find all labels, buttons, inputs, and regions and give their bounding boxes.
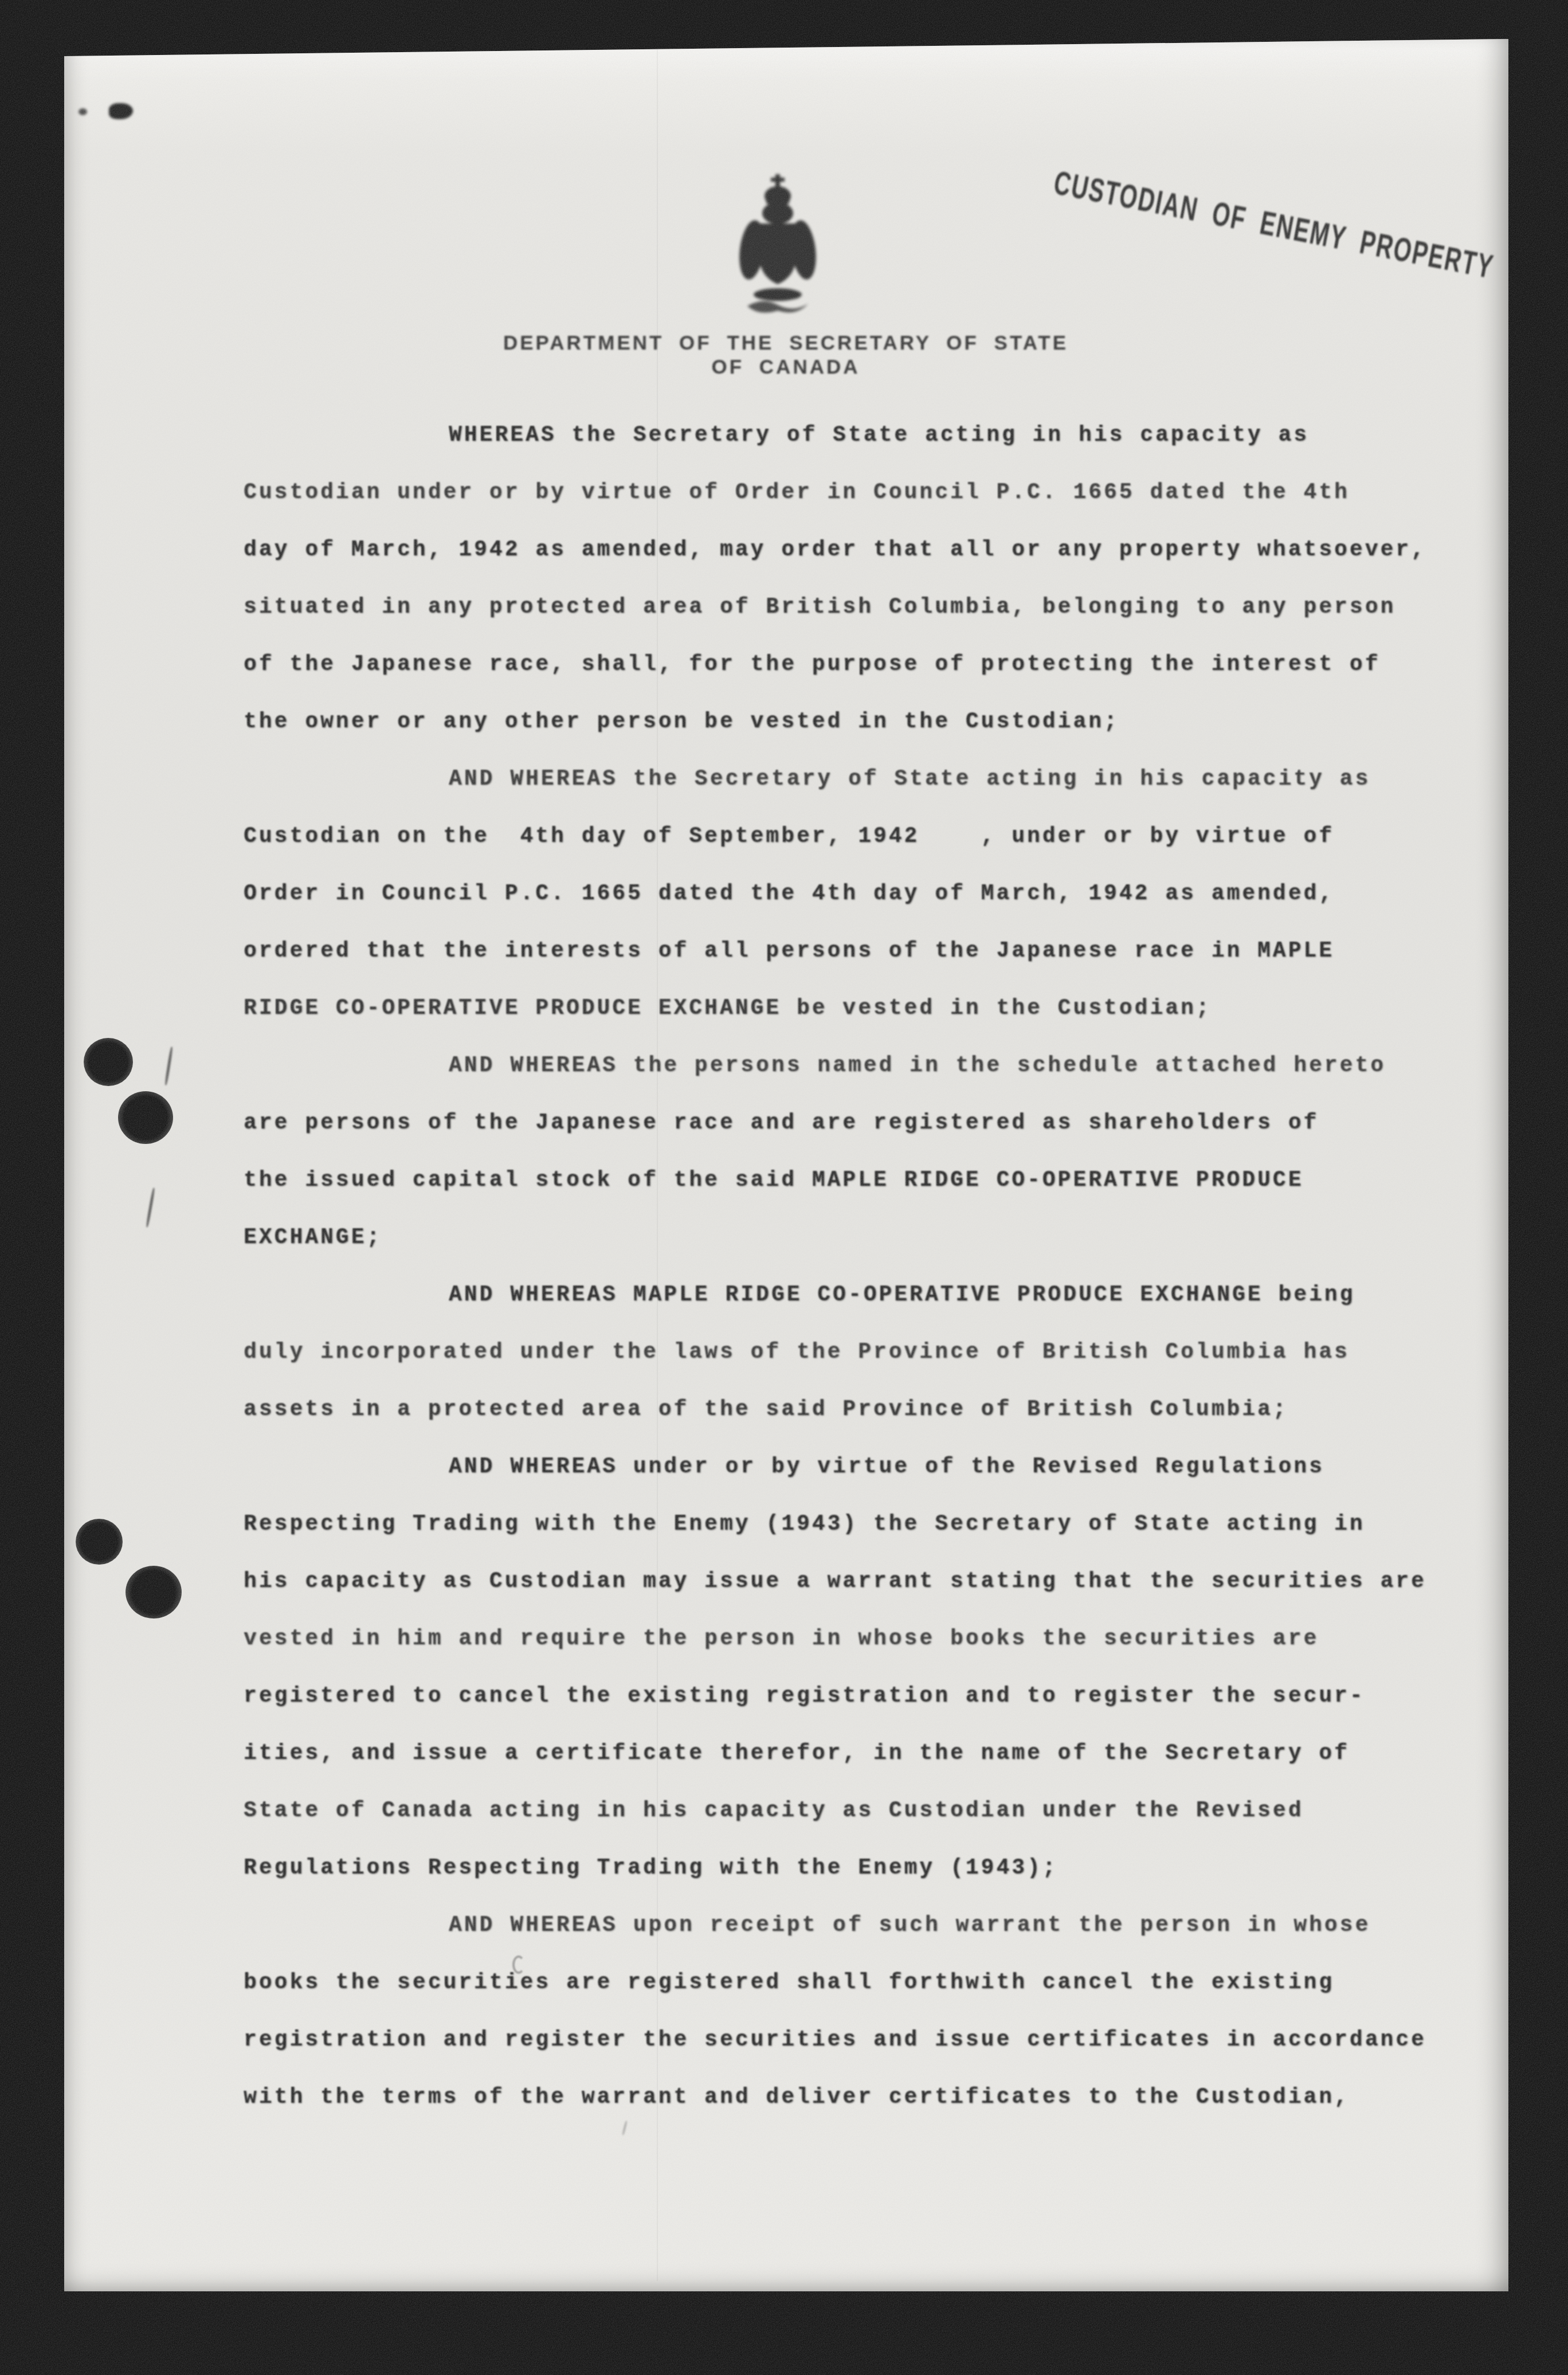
text-line: AND WHEREAS MAPLE RIDGE CO-OPERATIVE PRO… xyxy=(244,1267,1453,1324)
text-line: with the terms of the warrant and delive… xyxy=(244,2069,1453,2126)
text-line: of the Japanese race, shall, for the pur… xyxy=(244,636,1453,693)
punch-hole xyxy=(118,1091,173,1144)
pen-mark xyxy=(512,1955,525,1974)
document-body: WHEREAS the Secretary of State acting in… xyxy=(244,407,1453,2126)
text-line: the issued capital stock of the said MAP… xyxy=(244,1152,1453,1209)
text-line: assets in a protected area of the said P… xyxy=(244,1381,1453,1439)
text-line: RIDGE CO-OPERATIVE PRODUCE EXCHANGE be v… xyxy=(244,980,1453,1037)
text-line: Custodian under or by virtue of Order in… xyxy=(244,464,1453,522)
text-line: the owner or any other person be vested … xyxy=(244,693,1453,751)
text-line: registration and register the securities… xyxy=(244,2012,1453,2069)
text-line: ities, and issue a certificate therefor,… xyxy=(244,1725,1453,1782)
ink-smudge xyxy=(79,108,87,115)
text-line: Order in Council P.C. 1665 dated the 4th… xyxy=(244,865,1453,923)
text-line: books the securities are registered shal… xyxy=(244,1954,1453,2012)
punch-hole xyxy=(76,1519,123,1565)
text-line: his capacity as Custodian may issue a wa… xyxy=(244,1553,1453,1610)
text-line: AND WHEREAS under or by virtue of the Re… xyxy=(244,1439,1453,1496)
text-line: Respecting Trading with the Enemy (1943)… xyxy=(244,1496,1453,1553)
microfilm-scan-frame: CUSTODIAN OF ENEMY PROPERTY DEPARTMENT O… xyxy=(0,0,1568,2375)
punch-hole xyxy=(84,1038,133,1086)
text-line: EXCHANGE; xyxy=(244,1209,1453,1267)
text-line: State of Canada acting in his capacity a… xyxy=(244,1782,1453,1840)
text-line: Regulations Respecting Trading with the … xyxy=(244,1840,1453,1897)
text-line: AND WHEREAS upon receipt of such warrant… xyxy=(244,1897,1453,1954)
text-line: vested in him and require the person in … xyxy=(244,1610,1453,1668)
text-line: AND WHEREAS the persons named in the sch… xyxy=(244,1037,1453,1095)
punch-hole xyxy=(126,1566,182,1618)
letterhead-country-line: OF CANADA xyxy=(488,356,1084,379)
text-line: WHEREAS the Secretary of State acting in… xyxy=(244,407,1453,464)
text-line: day of March, 1942 as amended, may order… xyxy=(244,522,1453,579)
text-line: Custodian on the 4th day of September, 1… xyxy=(244,808,1453,865)
text-line: situated in any protected area of Britis… xyxy=(244,579,1453,636)
text-line: are persons of the Japanese race and are… xyxy=(244,1095,1453,1152)
text-line: registered to cancel the existing regist… xyxy=(244,1668,1453,1725)
letterhead-department-line: DEPARTMENT OF THE SECRETARY OF STATE xyxy=(488,332,1084,355)
canada-coat-of-arms-icon xyxy=(723,171,832,326)
text-line: ordered that the interests of all person… xyxy=(244,923,1453,980)
text-line: duly incorporated under the laws of the … xyxy=(244,1324,1453,1381)
text-line: AND WHEREAS the Secretary of State actin… xyxy=(244,751,1453,808)
